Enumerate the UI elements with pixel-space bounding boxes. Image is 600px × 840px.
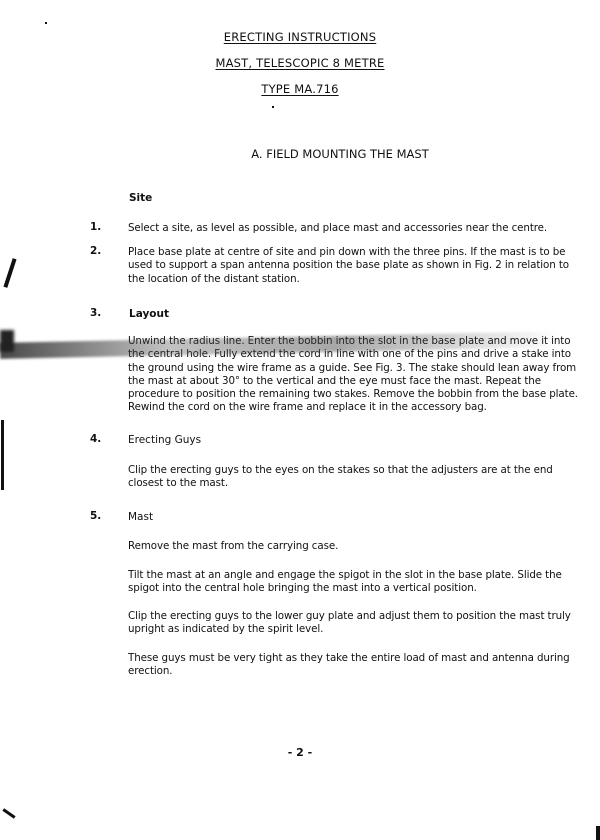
scan-dot [45,22,47,24]
scan-mark [3,258,16,288]
scan-edge-line [596,826,600,840]
scan-edge-line [1,420,4,490]
item-3-text: Unwind the radius line. Enter the bobbin… [128,335,580,415]
item-2-text: Place base plate at centre of site and p… [128,246,580,286]
scan-mark [2,808,15,818]
item-1-text: Select a site, as level as possible, and… [128,222,580,235]
item-5-text-3: Clip the erecting guys to the lower guy … [128,610,580,637]
item-5-text-4: These guys must be very tight as they ta… [128,652,580,679]
item-5-heading: Mast [128,511,153,523]
document-title: ERECTING INSTRUCTIONS [0,30,600,44]
document-type: TYPE MA.716 [0,82,600,96]
item-number: 5. [90,510,101,522]
page-number: - 2 - [0,746,600,759]
title-line-3: TYPE MA.716 [261,82,338,96]
item-5-text-2: Tilt the mast at an angle and engage the… [128,569,580,596]
item-4-text: Clip the erecting guys to the eyes on th… [128,464,580,491]
item-number: 3. [90,307,101,319]
item-4-heading: Erecting Guys [128,434,201,446]
scan-dot [272,106,274,108]
item-3-heading: Layout [129,308,169,320]
item-number: 4. [90,433,101,445]
section-title: A. FIELD MOUNTING THE MAST [0,147,600,161]
item-number: 2. [90,245,101,257]
document-subtitle: MAST, TELESCOPIC 8 METRE [0,56,600,70]
item-number: 1. [90,221,101,233]
scan-blot [0,330,14,352]
document-page: ERECTING INSTRUCTIONS MAST, TELESCOPIC 8… [0,0,600,840]
item-5-text-1: Remove the mast from the carrying case. [128,540,580,553]
title-line-2: MAST, TELESCOPIC 8 METRE [215,56,384,70]
title-line-1: ERECTING INSTRUCTIONS [224,30,376,44]
subheading-site: Site [129,192,152,204]
